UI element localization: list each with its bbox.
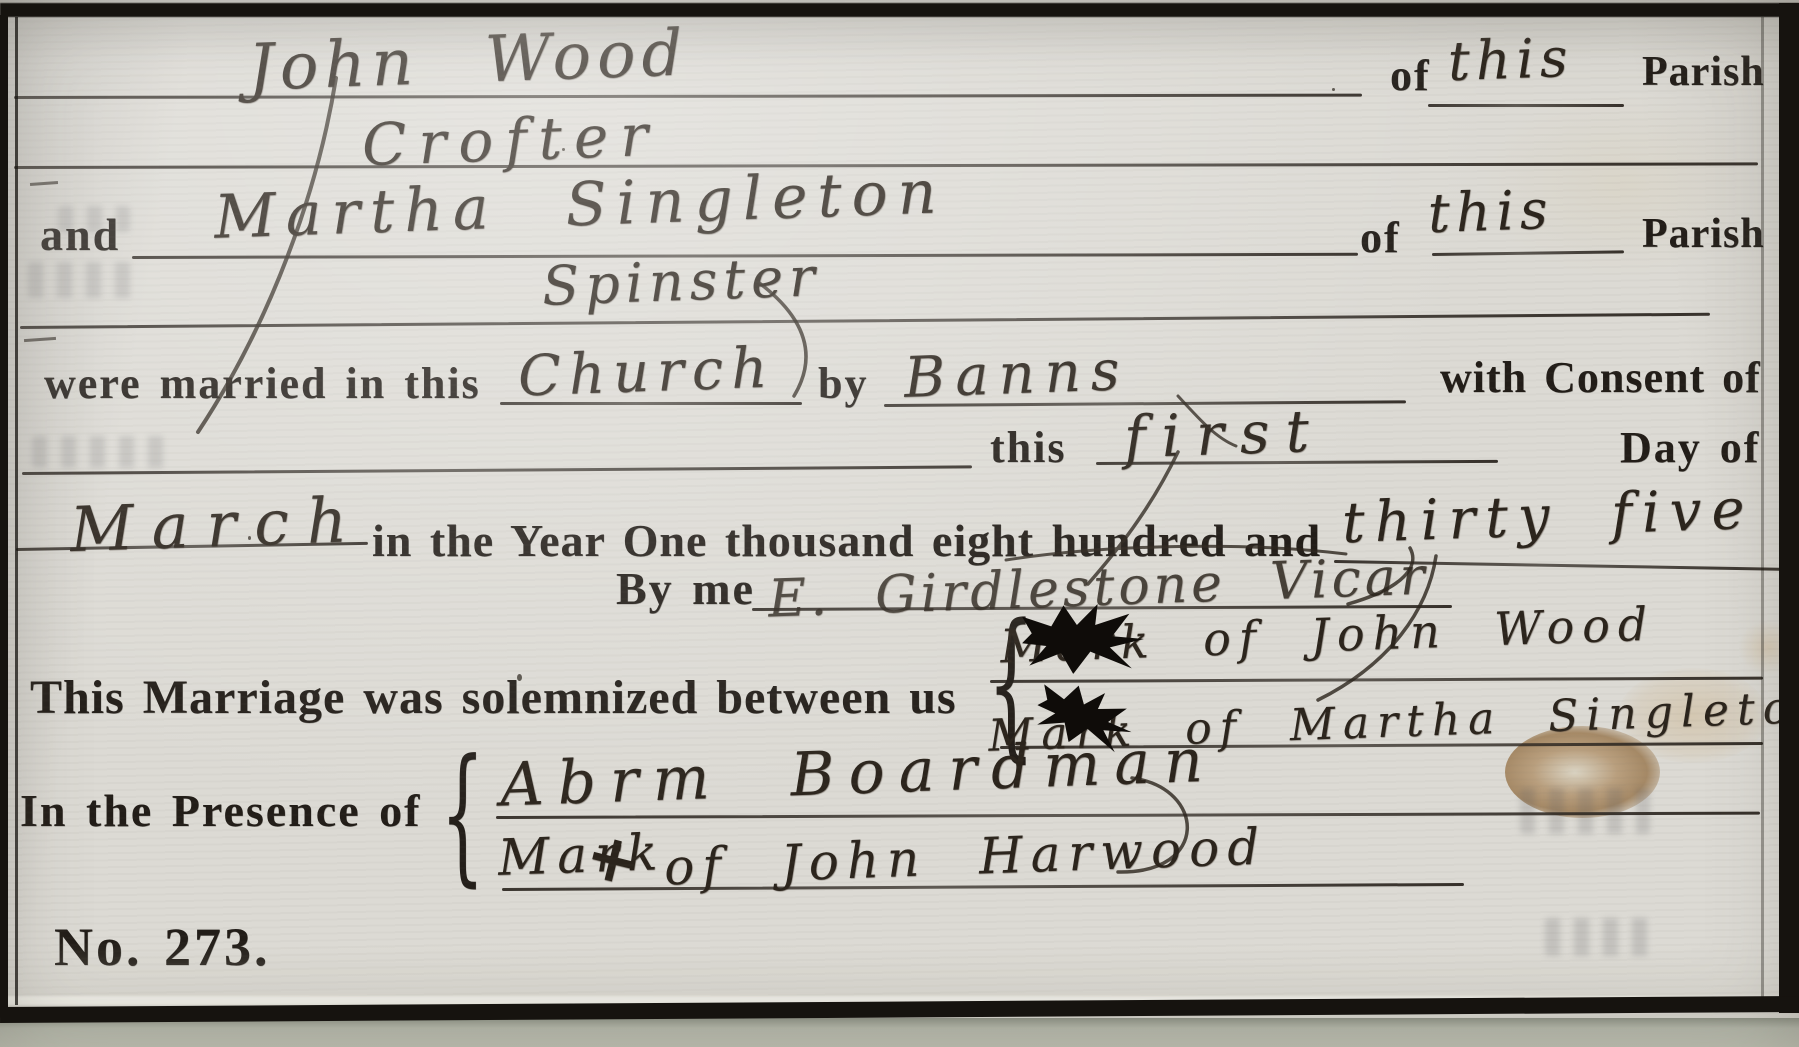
artifact-bleedthrough-1: [28, 262, 133, 298]
year-entry: thirty five: [1341, 477, 1756, 556]
witness-1-entry: Abrm Boardman: [499, 726, 1218, 821]
method-entry: Banns: [903, 338, 1131, 411]
rule-groom-name: [14, 94, 1362, 99]
bride-name-entry: Martha Singleton: [213, 157, 947, 253]
border-right-thin: [1761, 17, 1764, 1005]
speck-3: [1332, 88, 1335, 91]
artifact-bleedthrough-3: [1520, 788, 1650, 834]
parish-label-bride: Parish: [1642, 210, 1765, 258]
place-entry: Church: [517, 336, 776, 410]
border-left-inner: [15, 17, 18, 1005]
page-bottom-strip: [0, 1018, 1799, 1047]
condition-entry: Spinster: [541, 245, 822, 318]
of-label-bride: of: [1360, 212, 1401, 263]
groom-parish-entry: this: [1447, 26, 1575, 93]
day-entry: first: [1123, 397, 1326, 472]
rule-groom-parish: [1428, 104, 1624, 107]
artifact-bleedthrough-5: [1545, 918, 1650, 956]
rule-condition: [20, 313, 1710, 329]
register-page: John Wood of this Parish Crofter and Mar…: [0, 0, 1799, 1047]
married-prefix-label: were married in this: [44, 358, 481, 409]
occupation-entry: Crofter: [361, 101, 661, 179]
solemnized-label: This Marriage was solemnized between us: [30, 670, 957, 725]
bride-parish-entry: this: [1427, 178, 1555, 245]
this-label: this: [990, 422, 1066, 473]
tick-occupation: [30, 181, 58, 186]
and-label: and: [40, 208, 120, 261]
by-me-label: By me: [616, 562, 755, 615]
artifact-bleedthrough-2: [32, 436, 177, 468]
consent-label: with Consent of: [1440, 352, 1761, 403]
of-label-groom: of: [1390, 50, 1431, 101]
border-top-bar: [0, 3, 1799, 17]
tick-condition: [24, 337, 56, 342]
witnesses-label: In the Presence of: [20, 784, 421, 837]
parish-label-groom: Parish: [1642, 48, 1765, 96]
month-entry: March: [69, 483, 366, 566]
border-left-outer: [0, 15, 8, 1010]
day-of-label: Day of: [1620, 422, 1760, 473]
border-right-bar: [1779, 3, 1799, 1013]
witnesses-brace: {: [441, 727, 485, 901]
groom-name-entry: John Wood: [247, 16, 690, 105]
entry-number: No. 273.: [54, 916, 271, 978]
by-label: by: [818, 358, 868, 409]
